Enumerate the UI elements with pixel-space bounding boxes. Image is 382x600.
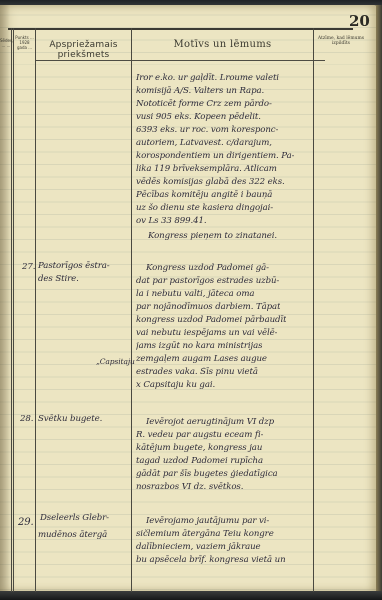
header-col1: Sēdes, ... ... — [0, 38, 12, 48]
motive-line: dat par pastorīgos estrades uzbū- — [136, 276, 279, 286]
motive-line: gādāt par šīs bugetes ģiedatīgica — [136, 469, 278, 479]
motive-line: bu apsēcela brīf. kongresa vietā un — [136, 555, 286, 565]
header-rule-bottom — [35, 60, 325, 61]
motive-line: Pēcības komitēju angitē i bauņā — [136, 190, 272, 200]
motive-line: 6393 eks. ur roc. vom koresponc- — [136, 125, 278, 135]
motive-line: la i nebutu valti, jāteca oma — [136, 289, 254, 299]
motive-line: nosrazbos VI dz. svētkos. — [136, 482, 243, 492]
motive-line: Ievērojot aerugtinājum VI dzp — [146, 417, 274, 427]
header-col2: Punkts ... 1928 gada ... — [14, 35, 35, 50]
motive-line: tagad uzdod Padomei rupīcha — [136, 456, 263, 466]
book-bottom-edge — [0, 591, 382, 600]
header-subject: Apspriežamais priekšmets — [36, 40, 131, 60]
spine-shadow — [0, 5, 10, 592]
motive-line: Kongress pieņem to zinatanei. — [148, 231, 277, 241]
page-right-edge — [376, 5, 382, 595]
motive-line: zemgaļem augam Lases augue — [136, 354, 267, 364]
motive-line: autoriem, Latvavest. c/darajum, — [136, 138, 272, 148]
motive-line: dalībnieciem, vaziem jākraue — [136, 542, 261, 552]
motive-line: lika 119 brīveksemplāra. Atlicam — [136, 164, 277, 174]
motive-line: Nototicēt forme Crz zem pārdo- — [136, 99, 272, 109]
motive-line: par nojānodīmuos darbiem. Tāpat — [136, 302, 280, 312]
motive-line: x Capsitaju ku gai. — [136, 380, 215, 390]
motive-line: kongress uzdod Padomei pārbaudīt — [136, 315, 286, 325]
motive-line: komisijā A/S. Valters un Rapa. — [136, 86, 264, 96]
motive-line: vai nebutu iespējams un vai vēlē- — [136, 328, 277, 338]
motive-line: korospondentiem un dirigentiem. Pa- — [136, 151, 294, 161]
column-line-1 — [11, 28, 12, 592]
entry-number: 28. — [20, 414, 33, 424]
motive-line: Iror e.ko. ur gaļdīt. Lroume valeti — [136, 73, 279, 83]
motive-line: Kongress uzdod Padomei gā- — [146, 263, 269, 273]
entry-subject-line: Pastorīgos ēstra- — [38, 261, 110, 271]
motive-line: vēdēs komisijas glabā des 322 eks. — [136, 177, 285, 187]
entry-number: 27. — [22, 262, 35, 272]
motive-line: ov Ls 33 899.41. — [136, 216, 206, 226]
entry-subject-line: Dseleerls Glebr- — [40, 513, 109, 523]
motive-line: sičlemium ātergāna Teiu kongre — [136, 529, 274, 539]
motive-line: R. vedeu par augstu eceam fi- — [136, 430, 263, 440]
entry-subject-line: mudēnos ātergā — [38, 530, 107, 540]
motive-line: Ievērojamo jautājumu par vi- — [146, 516, 269, 526]
column-line-2 — [35, 28, 36, 592]
column-line-3 — [131, 28, 132, 592]
motive-line: kātējum bugete, kongress jau — [136, 443, 262, 453]
side-note: „Capsitaju — [96, 357, 135, 366]
motive-line: jams izgūt no kara ministrijas — [136, 341, 262, 351]
column-line-4 — [313, 28, 314, 592]
motive-line: vusi 905 eks. Kopeen pēdelit. — [136, 112, 261, 122]
motive-line: estrades vaka. Šīs pinu vietā — [136, 367, 258, 377]
header-motive: Motīvs un lēmums — [132, 39, 313, 50]
header-rule-top — [8, 28, 353, 30]
column-line-1b — [13, 28, 14, 592]
entry-number: 29. — [18, 517, 34, 528]
motive-line: uz šo dienu ste kasiera dingojai- — [136, 203, 273, 213]
header-done-note: Atzīme, kad lēmums izpildīts — [314, 36, 368, 46]
entry-subject-line: des Stire. — [38, 274, 79, 284]
entry-subject-line: Svētku bugete. — [38, 414, 102, 424]
